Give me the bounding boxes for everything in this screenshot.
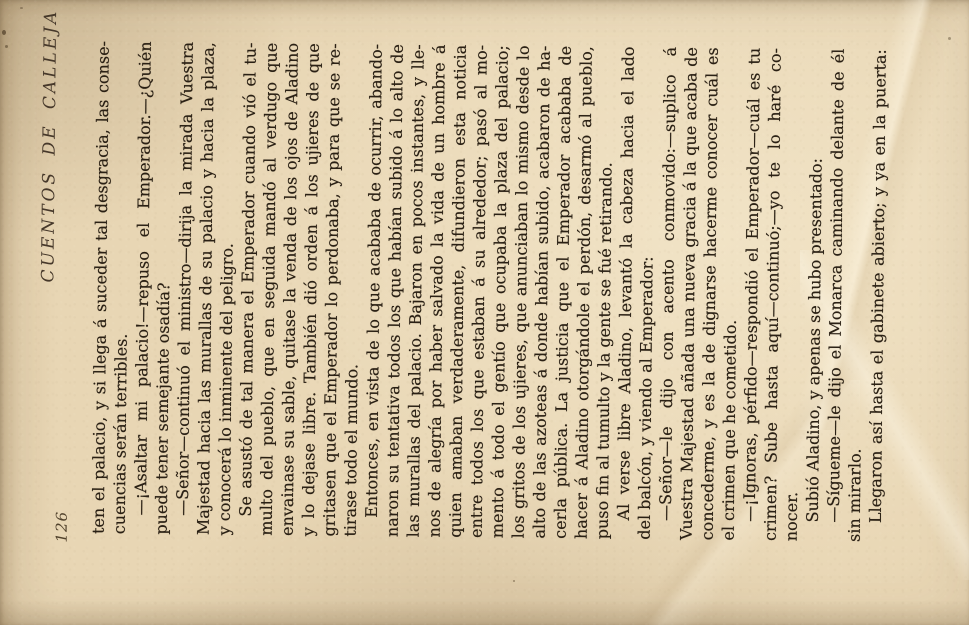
scanned-book-page: 126 CUENTOS DE CALLEJA ten el palacio, y… xyxy=(0,0,969,625)
page-number: 126 xyxy=(53,511,71,543)
rotated-page-layer: 126 CUENTOS DE CALLEJA ten el palacio, y… xyxy=(0,0,969,625)
running-title: CUENTOS DE CALLEJA xyxy=(38,36,61,282)
page-tilt-layer: 126 CUENTOS DE CALLEJA ten el palacio, y… xyxy=(0,0,969,625)
page-text: ten el palacio, y si llega á suceder tal… xyxy=(88,41,891,542)
text-line: Llegaron así hasta el gabinete abierto; … xyxy=(865,49,891,542)
